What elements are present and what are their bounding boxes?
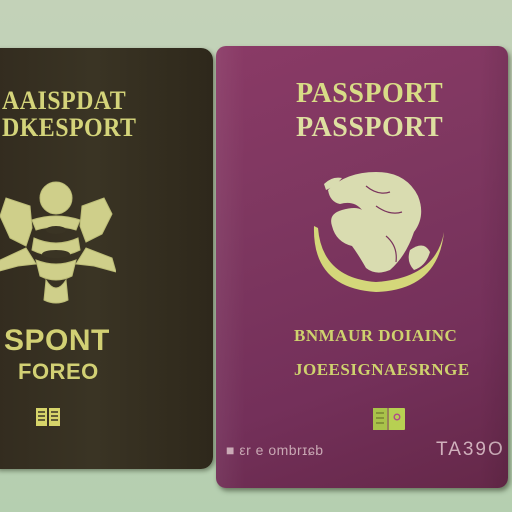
right-subtitle-line1: BNMAUR DOIAINC	[294, 326, 457, 346]
left-subtitle-line1: SPONT	[4, 324, 110, 358]
right-bottom-left-text: ■ εr e ombrɪɕb	[226, 442, 323, 458]
right-title-line2: PASSPORT	[296, 112, 443, 144]
right-title-line1: PASSPORT	[296, 78, 443, 110]
passport-left: AAISPDAT DKESPORT SPONT FOREO	[0, 48, 213, 469]
right-subtitle-line2: JOEESIGNAESRNGE	[294, 360, 470, 380]
left-title-line1: AAISPDAT	[2, 86, 126, 116]
globe-crescent-icon	[306, 166, 446, 296]
passport-right: PASSPORT PASSPORT BNMAUR DOIAINC JOEESIG…	[216, 46, 508, 488]
biometric-chip-icon	[373, 408, 405, 430]
scene: AAISPDAT DKESPORT SPONT FOREO	[0, 0, 512, 512]
left-subtitle-line2: FOREO	[18, 359, 99, 385]
eagle-coat-of-arms-icon	[0, 168, 116, 308]
right-bottom-right-text: TA39O	[436, 439, 505, 461]
biometric-chip-icon	[36, 408, 60, 426]
left-title-line2: DKESPORT	[2, 113, 136, 143]
